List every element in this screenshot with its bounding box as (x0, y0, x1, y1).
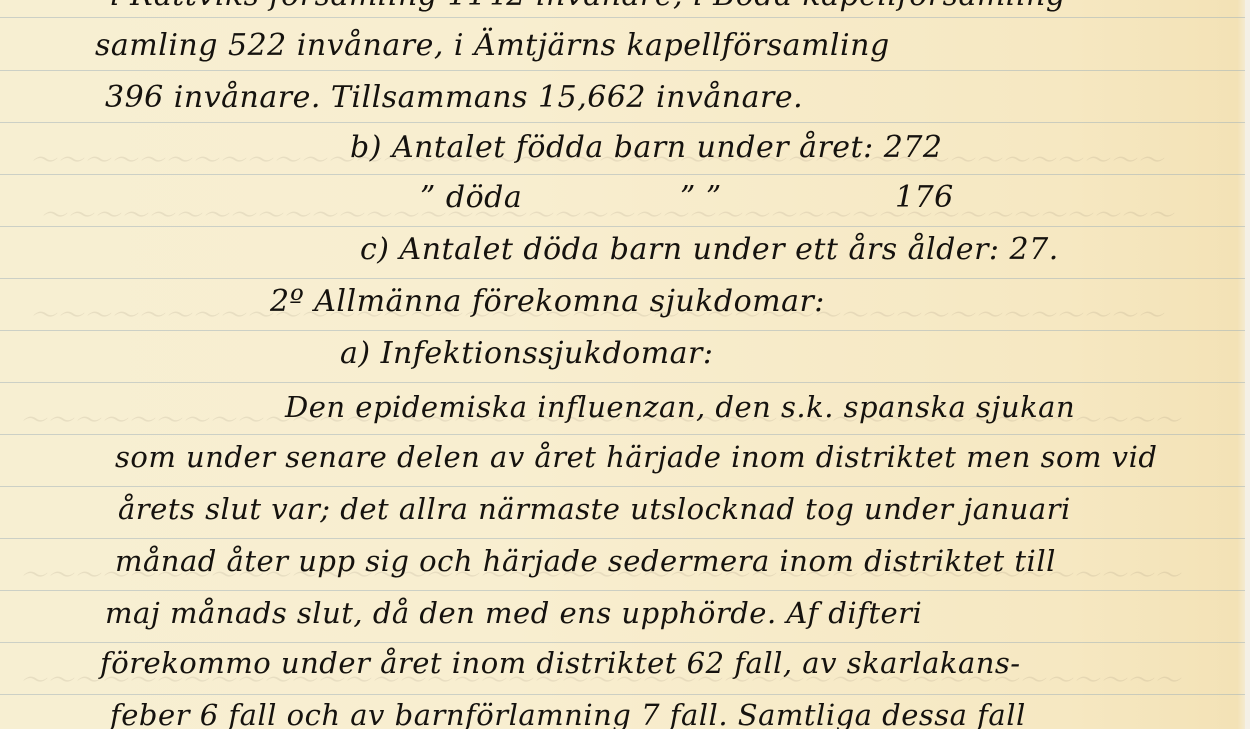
ruled-line (0, 382, 1245, 383)
manuscript-paragraph-line: Den epidemiska influenzan, den s.k. span… (285, 390, 1075, 424)
manuscript-line: samling 522 invånare, i Ämtjärns kapellf… (95, 28, 890, 63)
manuscript-page: 〜〜〜〜〜〜〜〜〜〜〜〜〜〜〜〜〜〜〜〜〜〜〜〜〜〜〜〜〜〜〜〜〜〜〜〜〜〜〜〜… (0, 0, 1250, 729)
manuscript-deaths-count: 176 (895, 180, 954, 215)
ruled-line (0, 642, 1245, 643)
manuscript-line-infant-deaths: c) Antalet döda barn under ett års ålder… (360, 232, 1059, 267)
ruled-line (0, 122, 1245, 123)
manuscript-paragraph-line: som under senare delen av året härjade i… (115, 440, 1157, 474)
manuscript-ditto-marks: ” ” (680, 180, 722, 215)
manuscript-paragraph-line: maj månads slut, då den med ens upphörde… (105, 596, 922, 630)
manuscript-paragraph-line: månad åter upp sig och härjade sedermera… (115, 544, 1056, 578)
manuscript-line-clipped: i Rättviks församling 1142 invånare, i B… (110, 0, 1066, 13)
manuscript-line-deaths-label: ” döda (420, 180, 522, 215)
manuscript-line-births: b) Antalet födda barn under året: 272 (350, 130, 943, 165)
manuscript-subheading-infections: a) Infektionssjukdomar: (340, 336, 714, 371)
manuscript-line: 396 invånare. Tillsammans 15,662 invånar… (105, 80, 803, 115)
ruled-line (0, 278, 1245, 279)
manuscript-paragraph-line: feber 6 fall och av barnförlamning 7 fal… (110, 698, 1026, 729)
manuscript-paragraph-line: årets slut var; det allra närmaste utslo… (118, 492, 1071, 526)
bleed-through-text: 〜〜〜〜〜〜〜〜〜〜〜〜〜〜〜〜〜〜〜〜〜〜〜〜〜〜〜〜〜〜〜〜〜〜〜〜〜〜〜〜… (40, 195, 1174, 232)
ruled-line (0, 538, 1245, 539)
ruled-line (0, 70, 1245, 71)
manuscript-paragraph-line: förekommo under året inom distriktet 62 … (100, 646, 1021, 680)
ruled-line (0, 486, 1245, 487)
manuscript-heading-diseases: 2º Allmänna förekomna sjukdomar: (270, 284, 825, 319)
ruled-line (0, 17, 1245, 18)
page-edge (1245, 0, 1250, 729)
